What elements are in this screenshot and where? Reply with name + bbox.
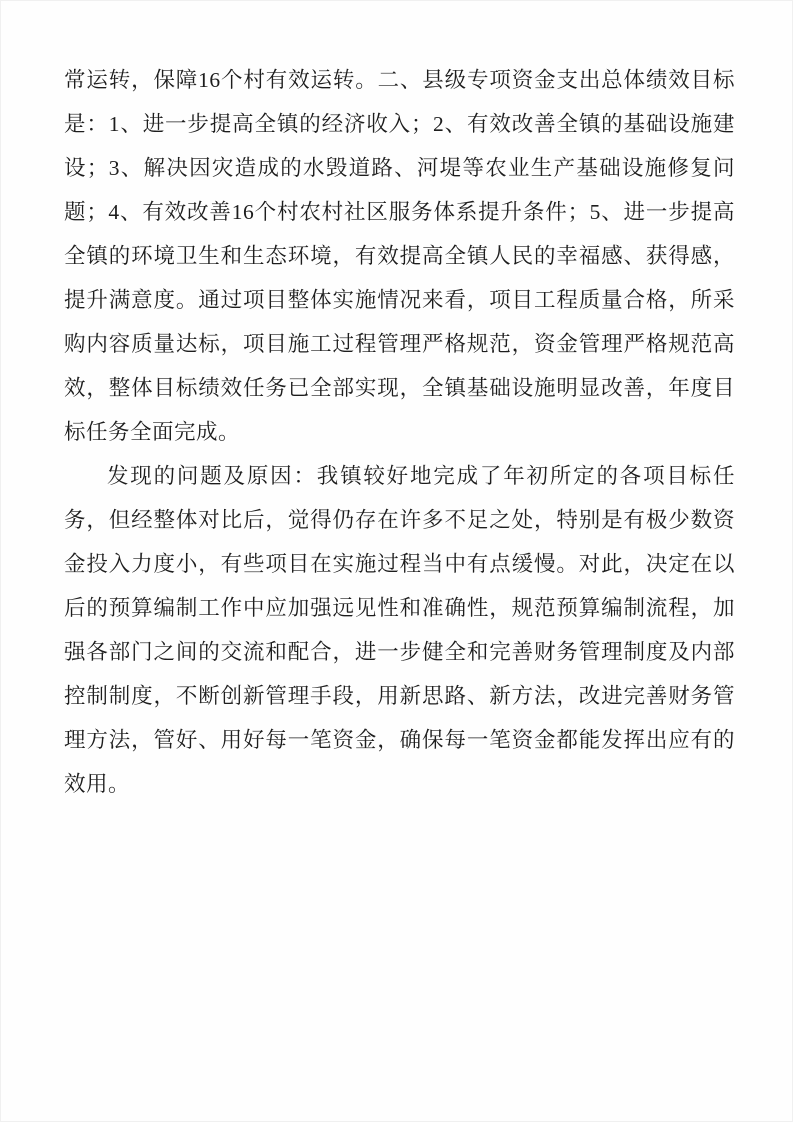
paragraph: 常运转，保障16个村有效运转。二、县级专项资金支出总体绩效目标是：1、进一步提高… [64, 58, 735, 454]
document-body: 常运转，保障16个村有效运转。二、县级专项资金支出总体绩效目标是：1、进一步提高… [64, 58, 735, 806]
paragraph: 发现的问题及原因：我镇较好地完成了年初所定的各项目标任务，但经整体对比后，觉得仍… [64, 454, 735, 806]
document-page: 常运转，保障16个村有效运转。二、县级专项资金支出总体绩效目标是：1、进一步提高… [0, 0, 793, 1122]
